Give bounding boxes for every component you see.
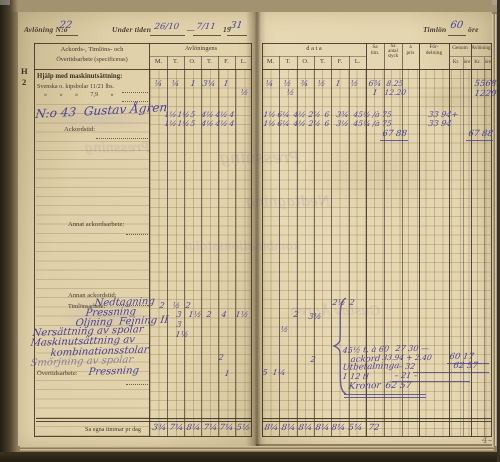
section-title: Hjälp med maskinutsättning: — [37, 74, 122, 81]
work-row-label: » » » 7,9 » — [44, 92, 114, 98]
ink-bleedthrough: Pressning — [220, 150, 300, 166]
line — [150, 33, 185, 36]
wage-book-photo: Avlöning N:o22Under tiden26/10—7/111931T… — [0, 0, 500, 462]
ink-bleedthrough: Gustav Ågren — [290, 305, 380, 318]
text-item: 1½ — [164, 111, 177, 119]
annat-ackord-label: Annat ackordsarbete: — [68, 222, 124, 229]
day-col-label: T. — [314, 59, 331, 65]
text-item: 6 — [324, 111, 330, 119]
text-item: 4½ — [215, 120, 228, 128]
text-item: 1½ — [263, 111, 276, 119]
day-col-label: T. — [279, 59, 297, 65]
col-avloning: Avlöning — [470, 46, 492, 51]
text-item: 27 30 — — [395, 345, 430, 353]
text-item: 5 — [190, 120, 196, 128]
text-item: ¼ — [265, 80, 274, 88]
text-item: 4 — [229, 111, 235, 119]
year-written: 31 — [230, 21, 243, 31]
day-col-label: O. — [297, 59, 314, 65]
ink-bleedthrough: Nedtagning — [246, 195, 330, 209]
text-item: ½ — [172, 302, 181, 310]
line — [392, 379, 470, 382]
text-item: 33 94 — [428, 120, 452, 128]
text-item: + — [451, 111, 459, 119]
text-item: ½ — [240, 89, 249, 97]
task-name: Pressning — [88, 366, 139, 378]
text-item: 8¼ — [331, 424, 346, 433]
text-item: 1½ — [188, 311, 202, 319]
desc-column-header: Ackords-, Timlöns- och — [36, 47, 148, 54]
work-row-label: Svenska o. kipsbolar 11/21 lbs. — [37, 84, 114, 90]
pencil-mark: 4– — [482, 437, 492, 446]
text-item: delning — [419, 51, 449, 57]
ink-bleedthrough: kombinationsstolar — [183, 240, 300, 252]
text-item: 1½ — [235, 311, 249, 319]
dotted-leader — [126, 227, 148, 235]
text-item: 8¼ — [281, 424, 296, 433]
text-item: 6¼ — [277, 120, 290, 128]
text-item: 4 — [229, 120, 235, 128]
text-item: 68 — [485, 80, 497, 89]
text-item: 1½ — [177, 120, 190, 128]
text-item: 8¼ — [315, 424, 330, 433]
text-item: ½ — [317, 80, 326, 88]
day-col-label: O. — [184, 59, 201, 65]
text-item: 1¼ — [272, 369, 286, 377]
text-item: 5½ — [236, 424, 251, 433]
line — [413, 370, 489, 373]
line — [466, 138, 493, 141]
text-item: 4½ — [293, 111, 306, 119]
text-item: 5¼ — [348, 424, 363, 433]
text-item: öre — [463, 60, 471, 65]
text-item: Kr. — [449, 60, 463, 65]
text-item: ½ — [350, 80, 359, 88]
hours-total: 72 — [368, 424, 380, 433]
period-end: 7/11 — [196, 23, 216, 32]
total-value: 62 57 — [385, 382, 412, 391]
day-col-label: T. — [167, 59, 184, 65]
text-item: 1½ — [263, 120, 276, 128]
scan-corner — [0, 0, 10, 5]
text-item: 1½ — [164, 120, 177, 128]
text-item: 1½ — [175, 331, 189, 339]
text-item: 6¼ — [277, 111, 290, 119]
timlon-label: Timlön — [423, 26, 446, 34]
text-item: 4½ — [293, 120, 306, 128]
text-item: 7¼ — [169, 424, 184, 433]
margin-mark-h: H — [21, 67, 28, 76]
text-item: 4½ — [201, 120, 214, 128]
text-item: 45½ /à 75 — [353, 111, 392, 119]
text-item: 7¼ — [219, 424, 234, 433]
week-header-right: d a t a — [262, 46, 366, 52]
overtid-label: Övertidsarbete: — [37, 371, 78, 378]
week-header-left: Avlöningens — [150, 46, 252, 52]
calc-line: Utbetalninga — [342, 362, 400, 372]
text-item: 3½ — [336, 120, 349, 128]
text-item: 45¼ /à 75 — [353, 120, 392, 128]
line — [447, 361, 489, 364]
text-item: Kr. — [471, 60, 484, 65]
dotted-leader — [126, 377, 148, 385]
line — [380, 138, 408, 141]
text-item: 7¼ — [203, 424, 218, 433]
text-item: 3¾ — [336, 111, 349, 119]
text-item: 4½ — [201, 111, 214, 119]
text-item: ½ — [283, 80, 292, 88]
text-item: 8.25 — [386, 80, 404, 88]
text-item: 2½ — [308, 120, 321, 128]
day-col-label: T. — [201, 59, 218, 65]
avloning-number: 22 — [59, 21, 73, 31]
line — [227, 33, 247, 36]
day-col-label: M. — [150, 59, 167, 65]
line — [448, 33, 466, 36]
text-item: 8¼ — [298, 424, 313, 433]
margin-mark-2: 2 — [22, 78, 26, 87]
line — [344, 395, 426, 398]
book-cover-edge — [0, 0, 18, 462]
text-item: 8¼ — [264, 424, 279, 433]
total-label: Kronor — [348, 382, 381, 392]
text-item: pris — [402, 51, 419, 56]
text-item: 20 — [485, 90, 497, 99]
under-tiden-label: Under tiden — [112, 26, 151, 34]
photo-edge-top — [0, 0, 500, 12]
sum-row-label: Sa egna timmar pr dag — [85, 427, 141, 433]
day-col-label: F. — [331, 59, 349, 65]
dotted-leader — [122, 85, 148, 93]
period-start: 26/10 — [154, 23, 180, 32]
text-item: 5 — [190, 111, 196, 119]
text-item: 6¾ — [368, 80, 382, 88]
text-item: styck — [384, 54, 402, 59]
col-genom: Genom — [449, 46, 471, 51]
text-item: ½ — [280, 326, 289, 334]
day-col-label: F. — [218, 59, 235, 65]
text-item: 33 94 — [428, 111, 452, 119]
day-col-label: L. — [235, 59, 252, 65]
text-item: 8¼ — [186, 424, 201, 433]
text-item: 1½ — [177, 111, 190, 119]
line — [193, 33, 221, 36]
line — [56, 33, 78, 36]
text-item: 6 — [324, 120, 330, 128]
text-item: ¼ — [171, 80, 180, 88]
text-item: 4½ — [215, 111, 228, 119]
day-col-label: L. — [349, 59, 366, 65]
text-item: 3¾ — [152, 424, 167, 433]
text-item: ¾ — [300, 80, 309, 88]
dotted-leader — [96, 131, 148, 139]
timlon-unit: öre — [468, 26, 479, 34]
text-item: 2½ — [308, 111, 321, 119]
text-item: öre — [484, 60, 492, 65]
timlon-value: 60 — [450, 21, 464, 31]
day-col-label: M. — [262, 59, 279, 65]
text-item: 3¼ — [202, 80, 216, 88]
text-item: ¼ — [154, 80, 163, 88]
text-item: 12.20 — [384, 89, 407, 97]
calc-line: 1 12 tl — [342, 373, 369, 381]
ackordstid-label: Ackordstid: — [64, 127, 95, 134]
desc-column-header2: Övertidsarbete (specificeras) — [36, 57, 148, 63]
text-item: ½ — [286, 89, 295, 97]
text-item: tim. — [366, 51, 384, 56]
ink-bleedthrough: Pressning — [85, 142, 150, 155]
photo-edge-bottom — [0, 452, 500, 462]
